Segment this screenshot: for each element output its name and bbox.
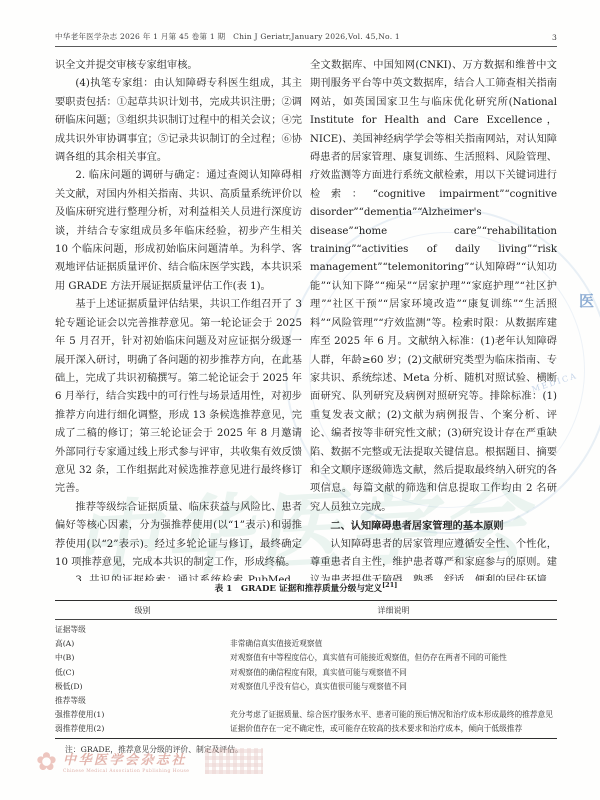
table-row: 高(A) 非常确信真实值接近观察值 (55, 637, 557, 651)
table1-title-text: 表 1 GRADE 证据和推荐质量分级与定义 (215, 584, 382, 594)
paragraph-text: 认知障碍患者的居家管理应遵循安全性、个性化，尊重患者自主性，维护患者尊严和家庭参… (310, 539, 557, 581)
publisher-name-block: 中华医学会杂志社 Chinese Medical Association Pub… (63, 749, 189, 774)
table-row: 中(B) 对观察值有中等程度信心，真实值有可能接近观察值，但仍存在两者不同的可能… (55, 651, 557, 665)
paragraph: (4)执笔专家组：由认知障碍专科医生组成，其主要职责包括：①起草共识计划书，完成… (55, 75, 302, 167)
row-level: 低(C) (55, 665, 230, 679)
paragraph: 2. 临床问题的调研与确定：通过查阅认知障碍相关文献，对国内外相关指南、共识、高… (55, 167, 302, 296)
publisher-mark: ✿ 中华医学会杂志社 Chinese Medical Association P… (36, 748, 263, 774)
row-description: 对观察值有中等程度信心，真实值有可能接近观察值，但仍存在两者不同的可能性 (230, 651, 557, 665)
paragraph: 认知障碍患者的居家管理应遵循安全性、个性化，尊重患者自主性，维护患者尊严和家庭参… (310, 536, 557, 581)
row-description: 对观察值几乎没有信心，真实值很可能与观察值不同 (230, 679, 557, 693)
table-row: 强推荐使用(1) 充分考虑了证据质量、综合医疗服务水平、患者可能的预后情况和治疗… (55, 708, 557, 722)
row-level: 弱推荐使用(2) (55, 722, 230, 739)
table1-title: 表 1 GRADE 证据和推荐质量分级与定义[21] (55, 582, 557, 594)
right-column: 全文数据库、中国知网(CNKI)、万方数据和维普中文期刊服务平台等中英文数据库，… (310, 57, 557, 581)
row-description: 充分考虑了证据质量、综合医疗服务水平、患者可能的预后情况和治疗成本形成最终的推荐… (230, 708, 557, 722)
left-column: 识全文并提交审核专家组审核。 (4)执笔专家组：由认知障碍专科医生组成，其主要职… (55, 57, 302, 581)
paragraph: 3. 共识的证据检索：通过系统检索 PubMed、Scopus、Embase、C… (55, 572, 302, 581)
paragraph: 基于上述证据质量评估结果，共识工作组召开了 3 轮专题论证会以完善推荐意见。第一… (55, 296, 302, 498)
row-level: 中(B) (55, 651, 230, 665)
page-number: 3 (552, 33, 557, 42)
plum-blossom-icon: ✿ (36, 749, 57, 774)
journal-citation-line: 中华老年医学杂志 2026 年 1 月第 45 卷第 1 期 Chin J Ge… (55, 31, 400, 42)
row-description: 非常确信真实值接近观察值 (230, 637, 557, 651)
grade-table: 级别 详细说明 证据等级 高(A) 非常确信真实值接近观察值 中(B) 对观察值… (55, 600, 557, 739)
paragraph: 识全文并提交审核专家组审核。 (55, 57, 302, 75)
table1-block: 表 1 GRADE 证据和推荐质量分级与定义[21] 级别 详细说明 证据等级 … (55, 582, 557, 755)
watermark-seal-character: 医 (579, 290, 594, 311)
article-body: 识全文并提交审核专家组审核。 (4)执笔专家组：由认知障碍专科医生组成，其主要职… (55, 57, 557, 581)
publisher-seal-blocks (205, 748, 263, 774)
row-description: 证据价值存在一定不确定性，或可能存在较高的技术要求和治疗成本，倾向于低级推荐 (230, 722, 557, 739)
table-header-row: 级别 详细说明 (55, 601, 557, 620)
row-group-label: 证据等级 (55, 620, 557, 637)
row-description: 对观察值的确信程度有限，真实值可能与观察值不同 (230, 665, 557, 679)
publisher-name-en: Chinese Medical Association Publishing H… (63, 769, 189, 774)
column-header-description: 详细说明 (230, 601, 557, 620)
paragraph: 推荐等级综合证据质量、临床获益与风险比、患者偏好等核心因素，分为强推荐使用(以“… (55, 499, 302, 573)
journal-page: 医 MEDICA 中华医学会 中华老年医学杂志 2026 年 1 月第 45 卷… (0, 0, 600, 800)
row-level: 强推荐使用(1) (55, 708, 230, 722)
section-heading: 二、认知障碍患者居家管理的基本原则 (310, 517, 557, 535)
table-row: 推荐等级 (55, 693, 557, 707)
table-row: 弱推荐使用(2) 证据价值存在一定不确定性，或可能存在较高的技术要求和治疗成本，… (55, 722, 557, 739)
table1-title-ref: [21] (382, 581, 397, 589)
table-row: 证据等级 (55, 620, 557, 637)
row-group-label: 推荐等级 (55, 693, 557, 707)
publisher-name-cn: 中华医学会杂志社 (63, 749, 189, 768)
paragraph: 全文数据库、中国知网(CNKI)、万方数据和维普中文期刊服务平台等中英文数据库，… (310, 57, 557, 517)
row-level: 高(A) (55, 637, 230, 651)
running-head: 中华老年医学杂志 2026 年 1 月第 45 卷第 1 期 Chin J Ge… (55, 31, 557, 47)
column-header-level: 级别 (55, 601, 230, 620)
table-row: 极低(D) 对观察值几乎没有信心，真实值很可能与观察值不同 (55, 679, 557, 693)
row-level: 极低(D) (55, 679, 230, 693)
table-row: 低(C) 对观察值的确信程度有限，真实值可能与观察值不同 (55, 665, 557, 679)
